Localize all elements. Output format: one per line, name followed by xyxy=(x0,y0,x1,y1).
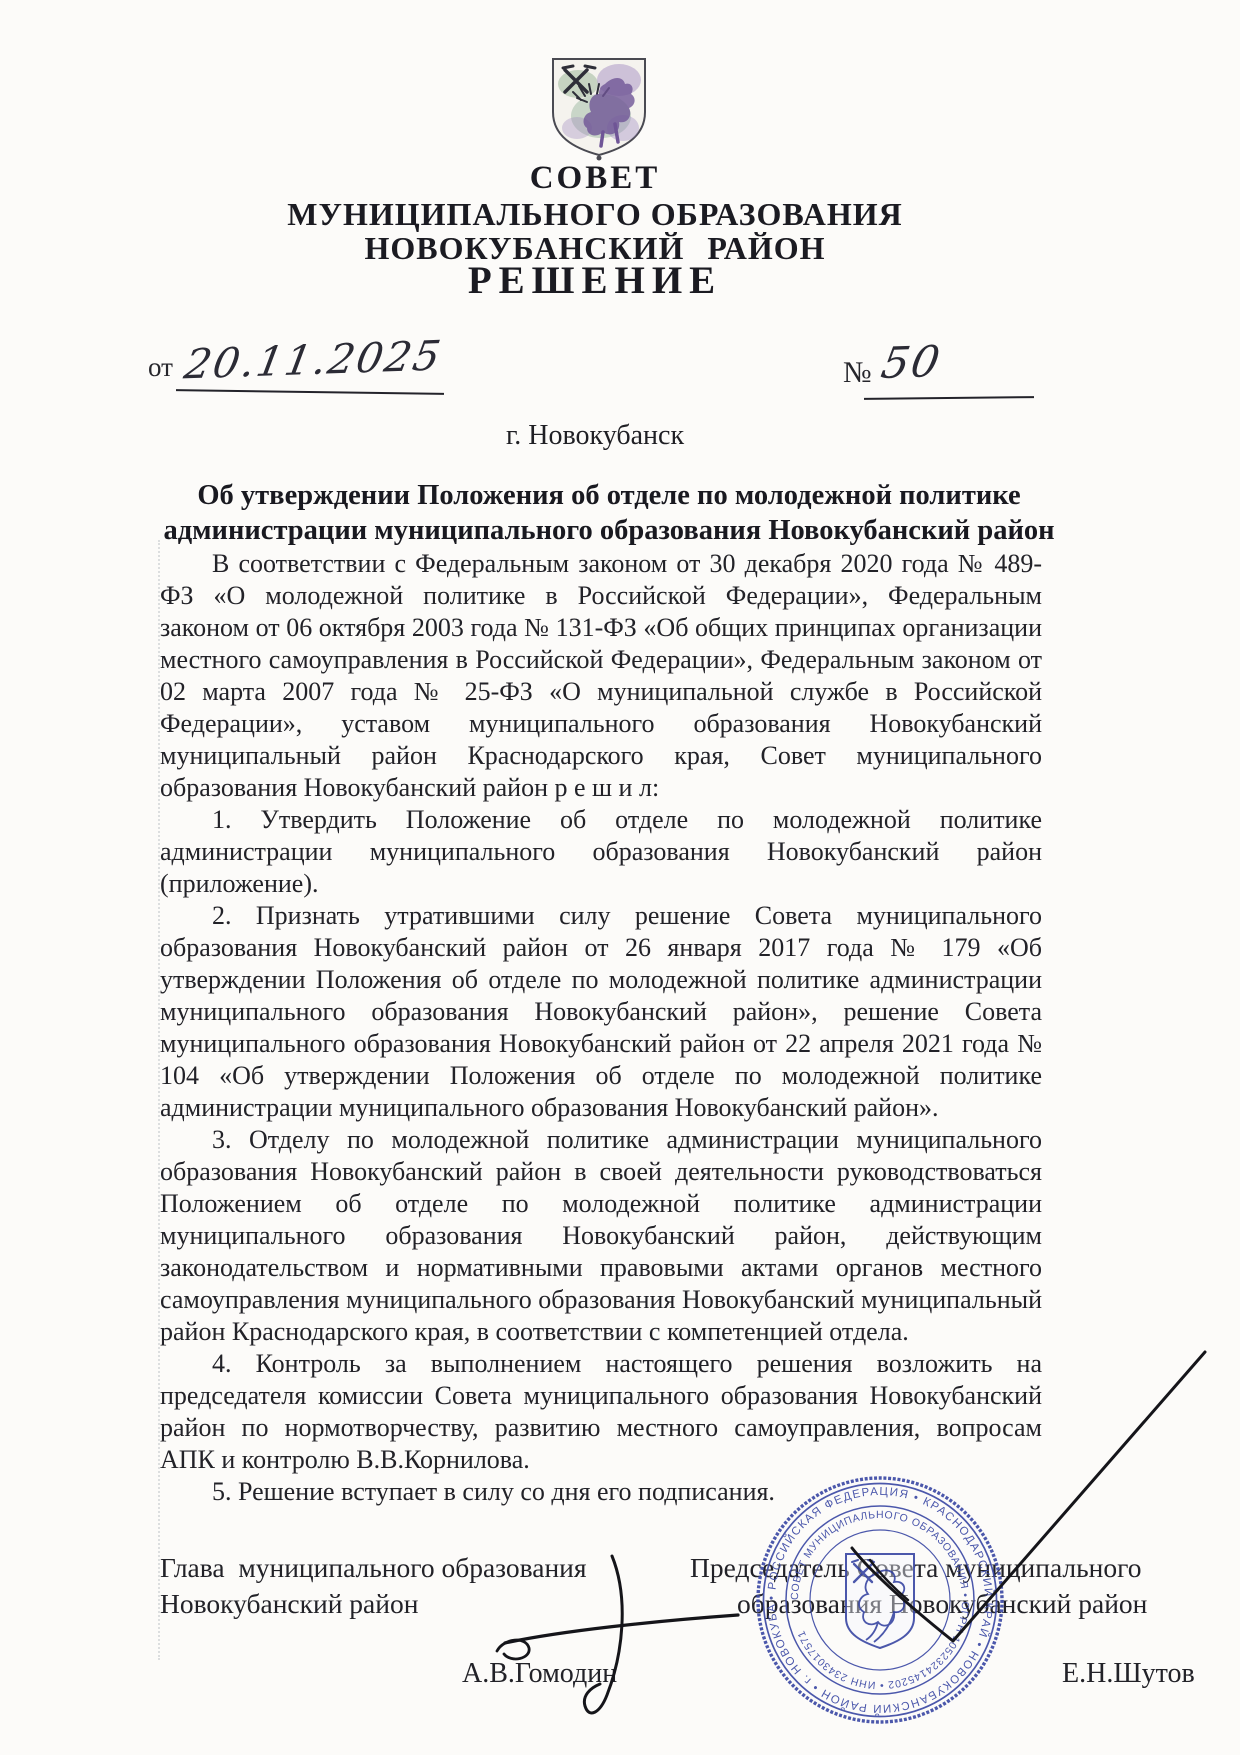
date-handwritten: 20.11.2025 xyxy=(181,332,446,389)
org-name-line2: МУНИЦИПАЛЬНОГО ОБРАЗОВАНИЯ xyxy=(0,196,1190,233)
body-paragraph: 2. Признать утратившими силу решение Сов… xyxy=(160,900,1042,1124)
coat-of-arms-icon xyxy=(543,54,655,164)
number-label: № xyxy=(843,356,872,390)
left-signer-name: А.В.Гомодин xyxy=(462,1658,617,1690)
body-paragraph: В соответствии с Федеральным законом от … xyxy=(160,548,1042,804)
document-body: В соответствии с Федеральным законом от … xyxy=(160,548,1042,1508)
left-signer-position-line2: Новокубанский район xyxy=(160,1588,418,1620)
date-label: от xyxy=(148,352,173,383)
body-paragraph: 1. Утвердить Положение об отделе по моло… xyxy=(160,804,1042,900)
place-of-issue: г. Новокубанск xyxy=(0,420,1190,452)
left-signer-position-line1: Глава муниципального образования xyxy=(160,1552,587,1584)
right-signer-name: Е.Н.Шутов xyxy=(1062,1658,1195,1690)
document-title-line2: администрации муниципального образования… xyxy=(0,515,1218,547)
org-name-line1: СОВЕТ xyxy=(0,160,1190,197)
official-seal: • РОССИЙСКАЯ ФЕДЕРАЦИЯ • КРАСНОДАРСКИЙ К… xyxy=(752,1472,1008,1728)
document-type: РЕШЕНИЕ xyxy=(0,258,1190,303)
document-page: СОВЕТ МУНИЦИПАЛЬНОГО ОБРАЗОВАНИЯ НОВОКУБ… xyxy=(0,0,1240,1755)
scan-artifact-dots xyxy=(158,540,160,1660)
body-paragraph: 3. Отделу по молодежной политике админис… xyxy=(160,1124,1042,1348)
seal-center-emblem xyxy=(846,1554,914,1648)
number-underline xyxy=(864,396,1034,400)
document-title-line1: Об утверждении Положения об отделе по мо… xyxy=(0,480,1218,512)
number-handwritten: 50 xyxy=(877,337,945,389)
body-paragraph: 4. Контроль за выполнением настоящего ре… xyxy=(160,1348,1042,1476)
date-underline xyxy=(176,389,444,395)
